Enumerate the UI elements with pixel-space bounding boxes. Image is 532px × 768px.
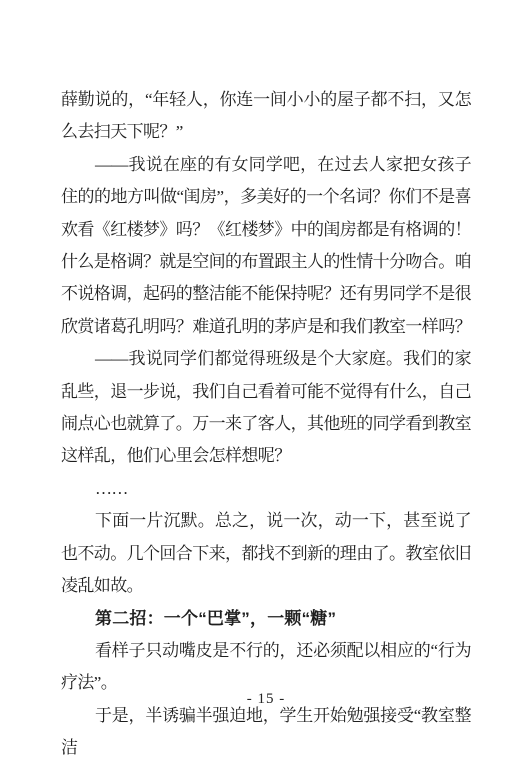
document-page: 薛勤说的，“年轻人，你连一间小小的屋子都不扫，又怎么去扫天下呢？”——我说在座的… — [0, 0, 532, 768]
text-content: 薛勤说的，“年轻人，你连一间小小的屋子都不扫，又怎么去扫天下呢？”——我说在座的… — [61, 84, 471, 765]
paragraph: 下面一片沉默。总之，说一次，动一下，甚至说了也不动。几个回合下来，都找不到新的理… — [61, 505, 471, 602]
page-number: - 15 - — [0, 691, 532, 708]
paragraph: …… — [61, 473, 471, 505]
section-heading: 第二招：一个“巴掌”，一颗“糖” — [61, 603, 471, 635]
paragraph: 于是，半诱骗半强迫地，学生开始勉强接受“教室整洁 — [61, 700, 471, 765]
paragraph: 看样子只动嘴皮是不行的，还必须配以相应的“行为疗法”。 — [61, 635, 471, 700]
paragraph: 薛勤说的，“年轻人，你连一间小小的屋子都不扫，又怎么去扫天下呢？” — [61, 84, 471, 149]
paragraph: ——我说同学们都觉得班级是个大家庭。我们的家乱些，退一步说，我们自己看着可能不觉… — [61, 343, 471, 473]
paragraph: ——我说在座的有女同学吧，在过去人家把女孩子住的的地方叫做“闺房”，多美好的一个… — [61, 149, 471, 343]
